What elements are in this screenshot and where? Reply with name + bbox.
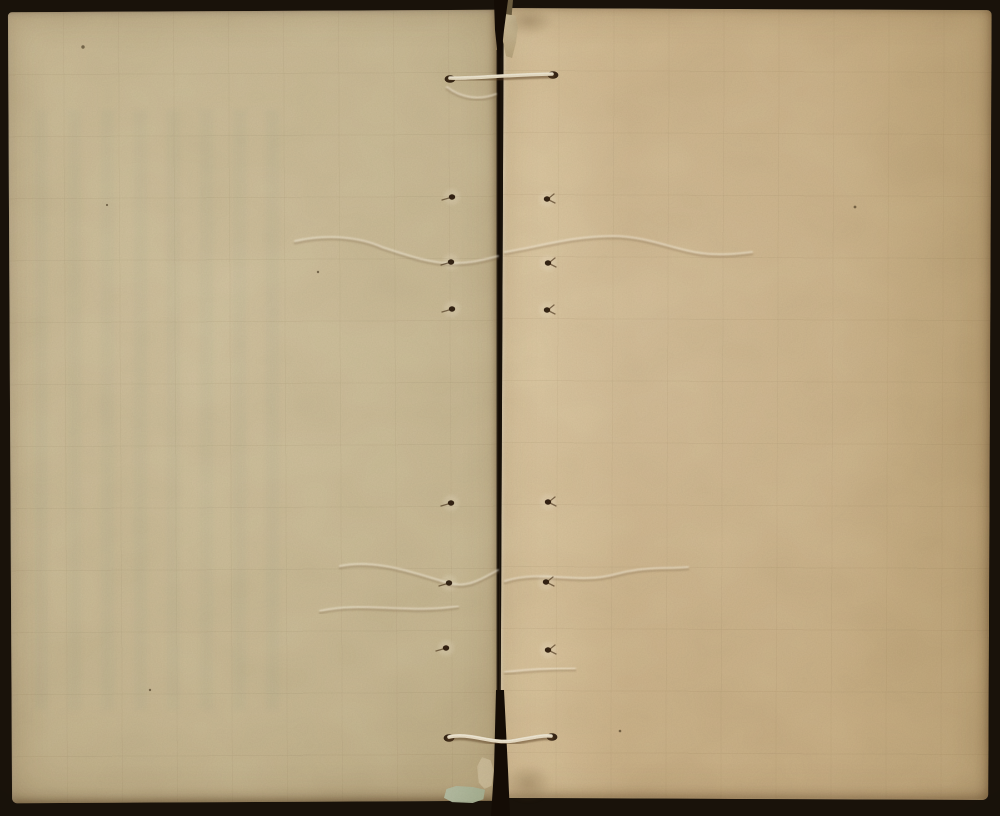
faint-showthrough-texture <box>35 110 285 710</box>
scan-black-background <box>0 0 1000 816</box>
right-cover <box>500 8 991 800</box>
spine-bottom-smudge <box>504 764 552 802</box>
spine-top-smudge <box>505 6 553 36</box>
green-sticker-remnant <box>444 786 485 803</box>
right-cover-paper-texture <box>500 8 991 800</box>
